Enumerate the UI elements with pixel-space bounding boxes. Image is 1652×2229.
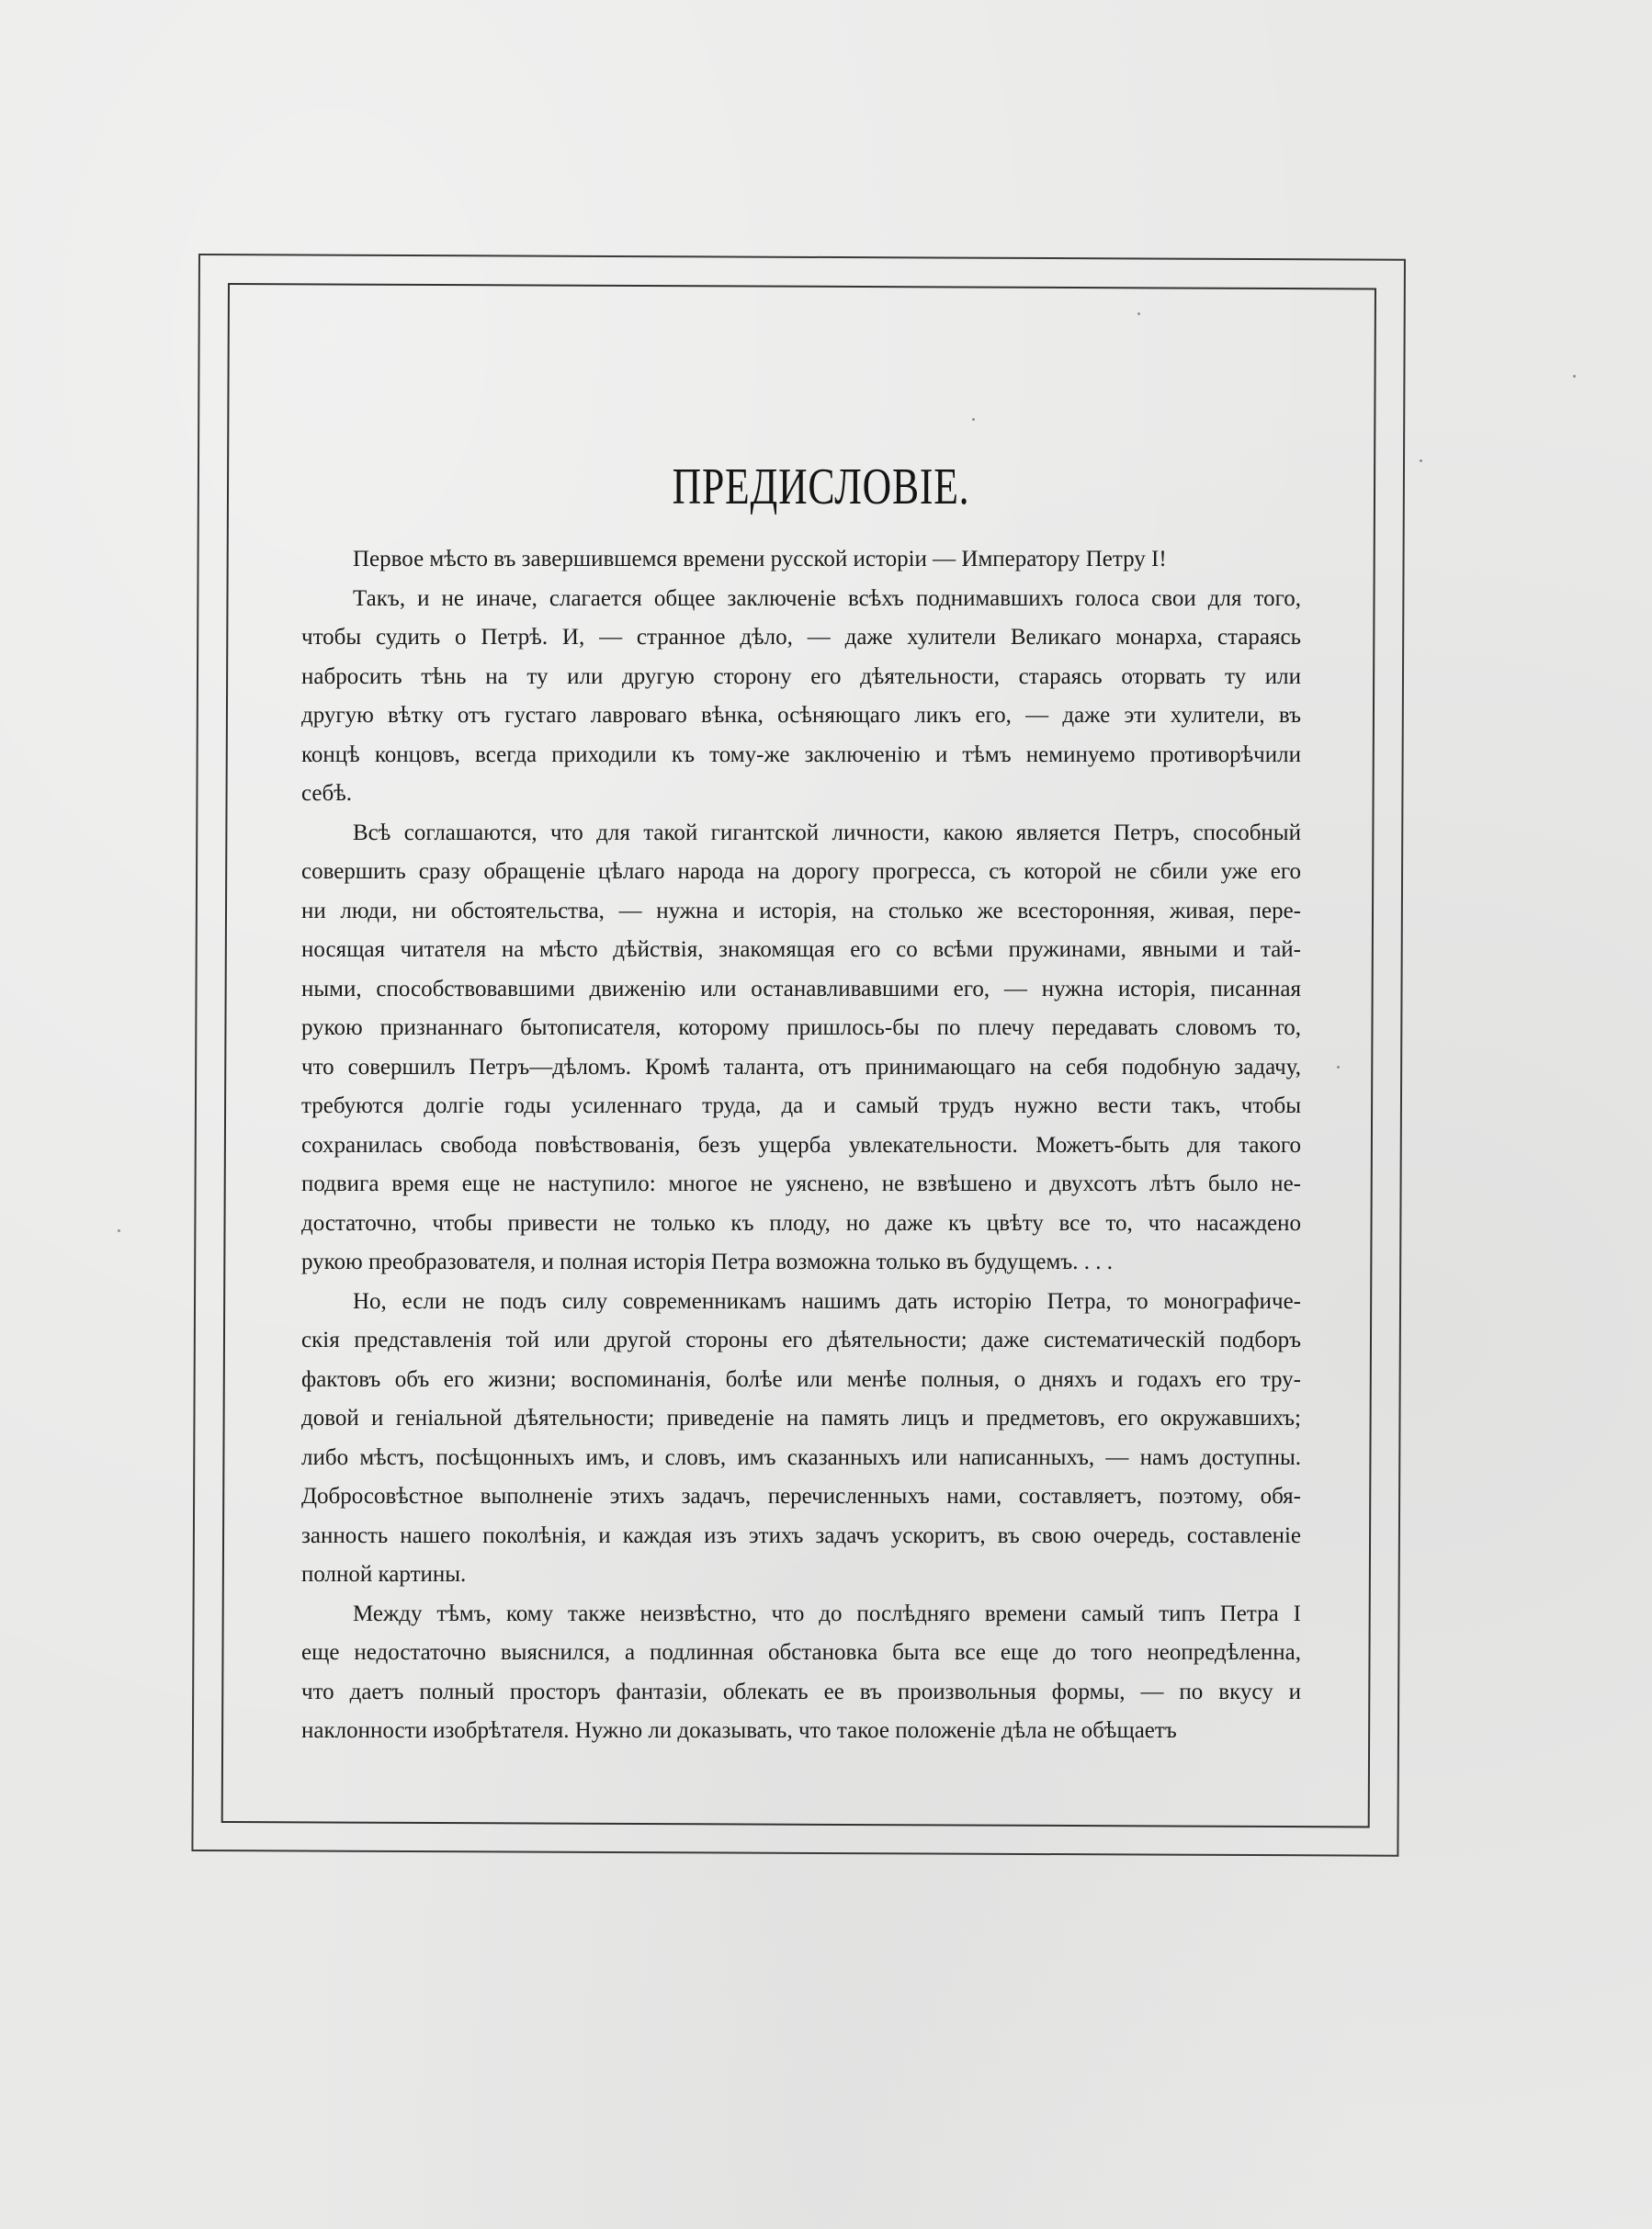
text-line: рукою признаннаго бытописателя, которому… xyxy=(301,1009,1301,1048)
paragraph: Первое мѣсто въ завершившемся времени ру… xyxy=(301,540,1301,580)
text-line: себѣ. xyxy=(301,775,1301,814)
text-line: скія представленія той или другой сторон… xyxy=(301,1321,1301,1361)
text-line: Добросовѣстное выполненіе этихъ задачъ, … xyxy=(301,1477,1301,1517)
paper-speck xyxy=(1420,459,1422,462)
text-line: носящая читателя на мѣсто дѣйствія, знак… xyxy=(301,931,1301,970)
text-line: набросить тѣнь на ту или другую сторону … xyxy=(301,658,1301,697)
text-line: Между тѣмъ, кому также неизвѣстно, что д… xyxy=(301,1595,1301,1635)
text-line: другую вѣтку отъ густаго лавроваго вѣнка… xyxy=(301,696,1301,736)
text-line: фактовъ объ его жизни; воспоминанія, бол… xyxy=(301,1361,1301,1400)
paper-speck xyxy=(1337,1066,1340,1069)
text-line: Но, если не подъ силу современникамъ наш… xyxy=(301,1283,1301,1322)
text-line: Первое мѣсто въ завершившемся времени ру… xyxy=(301,540,1301,580)
text-line: подвига время еще не наступило: многое н… xyxy=(301,1165,1301,1205)
text-line: требуются долгіе годы усиленнаго труда, … xyxy=(301,1087,1301,1126)
text-line: либо мѣстъ, посѣщонныхъ имъ, и словъ, им… xyxy=(301,1439,1301,1478)
text-line: концѣ концовъ, всегда приходили къ тому-… xyxy=(301,736,1301,775)
paper-speck xyxy=(1137,312,1140,315)
text-line: совершить сразу обращеніе цѣлаго народа … xyxy=(301,853,1301,892)
text-line: достаточно, чтобы привести не только къ … xyxy=(301,1205,1301,1244)
text-line: чтобы судить о Петрѣ. И, — странное дѣло… xyxy=(301,618,1301,658)
text-line: рукою преобразователя, и полная исторія … xyxy=(301,1243,1301,1283)
text-line: ными, способствовавшими движенію или ост… xyxy=(301,970,1301,1010)
text-line: что совершилъ Петръ—дѣломъ. Кромѣ талант… xyxy=(301,1048,1301,1088)
page-title: ПРЕДИСЛОВІЕ. xyxy=(176,458,1465,516)
text-line: полной картины. xyxy=(301,1556,1301,1595)
text-line: сохранилась свобода повѣствованія, безъ … xyxy=(301,1126,1301,1166)
text-line: еще недостаточно выяснился, а подлинная … xyxy=(301,1634,1301,1673)
text-line: Такъ, и не иначе, слагается общее заключ… xyxy=(301,580,1301,619)
paragraph: Такъ, и не иначе, слагается общее заключ… xyxy=(301,580,1301,814)
text-line: довой и геніальной дѣятельности; приведе… xyxy=(301,1399,1301,1439)
text-line: ни люди, ни обстоятельства, — нужна и ис… xyxy=(301,892,1301,932)
paper-speck xyxy=(1573,375,1576,378)
text-line: что даетъ полный просторъ фантазіи, обле… xyxy=(301,1673,1301,1713)
preface-body: Первое мѣсто въ завершившемся времени ру… xyxy=(301,540,1301,1751)
text-line: наклонности изобрѣтателя. Нужно ли доказ… xyxy=(301,1712,1301,1751)
paragraph: Между тѣмъ, кому также неизвѣстно, что д… xyxy=(301,1595,1301,1751)
paragraph: Всѣ соглашаются, что для такой гигантско… xyxy=(301,814,1301,1283)
text-line: Всѣ соглашаются, что для такой гигантско… xyxy=(301,814,1301,854)
paper-speck xyxy=(972,418,975,421)
text-line: занность нашего поколѣнія, и каждая изъ … xyxy=(301,1517,1301,1556)
paper-speck xyxy=(118,1229,120,1232)
paragraph: Но, если не подъ силу современникамъ наш… xyxy=(301,1283,1301,1595)
scanned-page: ПРЕДИСЛОВІЕ. Первое мѣсто въ завершившем… xyxy=(0,0,1652,2229)
